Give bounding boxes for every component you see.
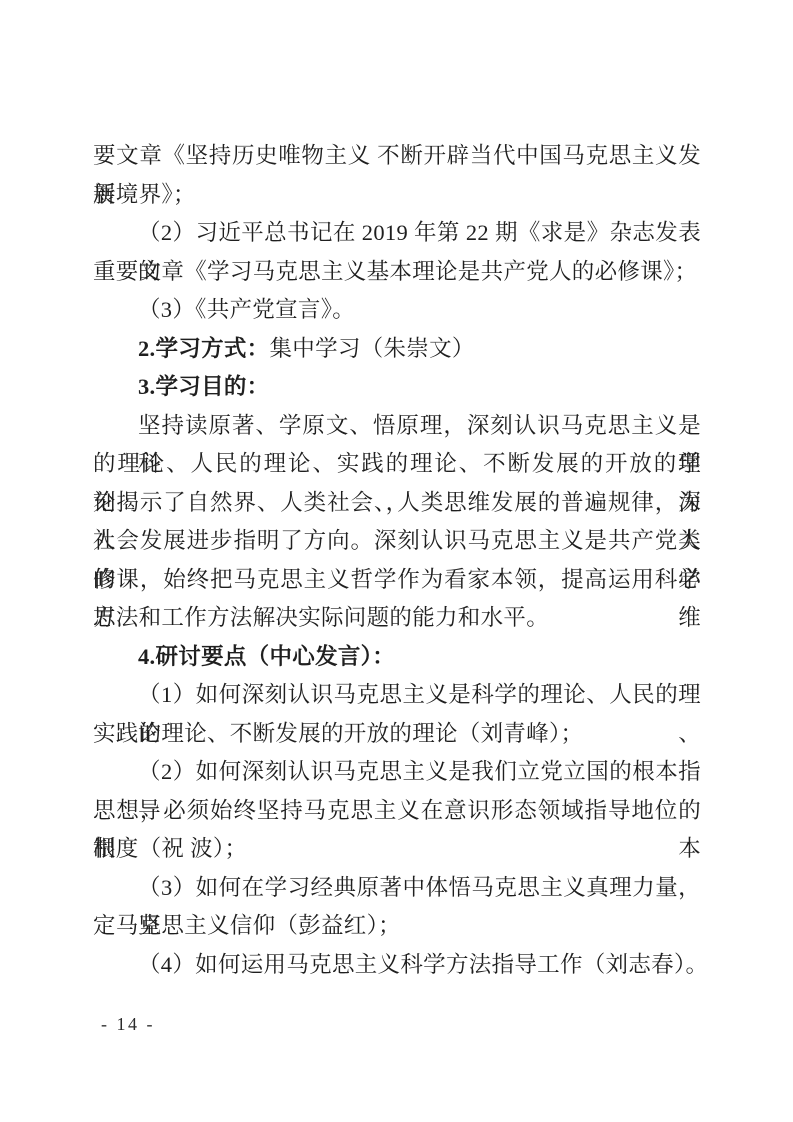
text-line: 刻揭示了自然界、人类社会、人类思维发展的普遍规律，为人类 [93,484,701,523]
text-line: （1）如何深刻认识马克思主义是科学的理论、人民的理论、 [93,676,701,715]
text-line: 定马克思主义信仰（彭益红）； [93,907,701,946]
text-line: 社会发展进步指明了方向。深刻认识马克思主义是共产党人的必 [93,522,701,561]
text-segment: （4）如何运用马克思主义科学方法指导工作（刘志春）。 [138,952,708,977]
text-segment: 新境界》； [93,182,196,207]
text-segment: 制度（祝 波）； [93,836,247,861]
text-segment: （3）《共产党宣言》。 [138,297,355,322]
document-page: 要文章《坚持历史唯物主义 不断开辟当代中国马克思主义发展新境界》；（2）习近平总… [0,0,793,1122]
text-line: 修课，始终把马克思主义哲学作为看家本领，提高运用科学思维 [93,561,701,600]
text-segment: 集中学习（朱崇文） [269,336,474,361]
text-segment: 定马克思主义信仰（彭益红）； [93,913,401,938]
text-segment-bold: 4.研讨要点（中心发言）： [138,644,395,669]
text-line: （4）如何运用马克思主义科学方法指导工作（刘志春）。 [93,946,701,985]
text-line: 思想，必须始终坚持马克思主义在意识形态领域指导地位的根本 [93,792,701,831]
document-body: 要文章《坚持历史唯物主义 不断开辟当代中国马克思主义发展新境界》；（2）习近平总… [93,137,701,984]
text-line: 2.学习方式：集中学习（朱崇文） [93,330,701,369]
text-segment: 方法和工作方法解决实际问题的能力和水平。 [93,605,549,630]
text-line: （2）习近平总书记在 2019 年第 22 期《求是》杂志发表的 [93,214,701,253]
text-line: 4.研讨要点（中心发言）： [93,638,701,677]
text-line: 要文章《坚持历史唯物主义 不断开辟当代中国马克思主义发展 [93,137,701,176]
text-line: 的理论、人民的理论、实践的理论、不断发展的开放的理论，深 [93,445,701,484]
text-segment: 重要文章《学习马克思主义基本理论是共产党人的必修课》； [93,259,697,284]
text-line: （3）《共产党宣言》。 [93,291,701,330]
text-line: 3.学习目的： [93,368,701,407]
page-number: - 14 - [101,1014,155,1035]
text-segment: 实践的理论、不断发展的开放的理论（刘青峰）； [93,721,583,746]
text-line: 新境界》； [93,176,701,215]
text-line: （2）如何深刻认识马克思主义是我们立党立国的根本指导 [93,753,701,792]
text-line: （3）如何在学习经典原著中体悟马克思主义真理力量，坚 [93,869,701,908]
text-line: 坚持读原著、学原文、悟原理，深刻认识马克思主义是科学 [93,407,701,446]
text-segment-bold: 3.学习目的： [138,374,269,399]
text-line: 重要文章《学习马克思主义基本理论是共产党人的必修课》； [93,253,701,292]
text-segment-bold: 2.学习方式： [138,336,269,361]
